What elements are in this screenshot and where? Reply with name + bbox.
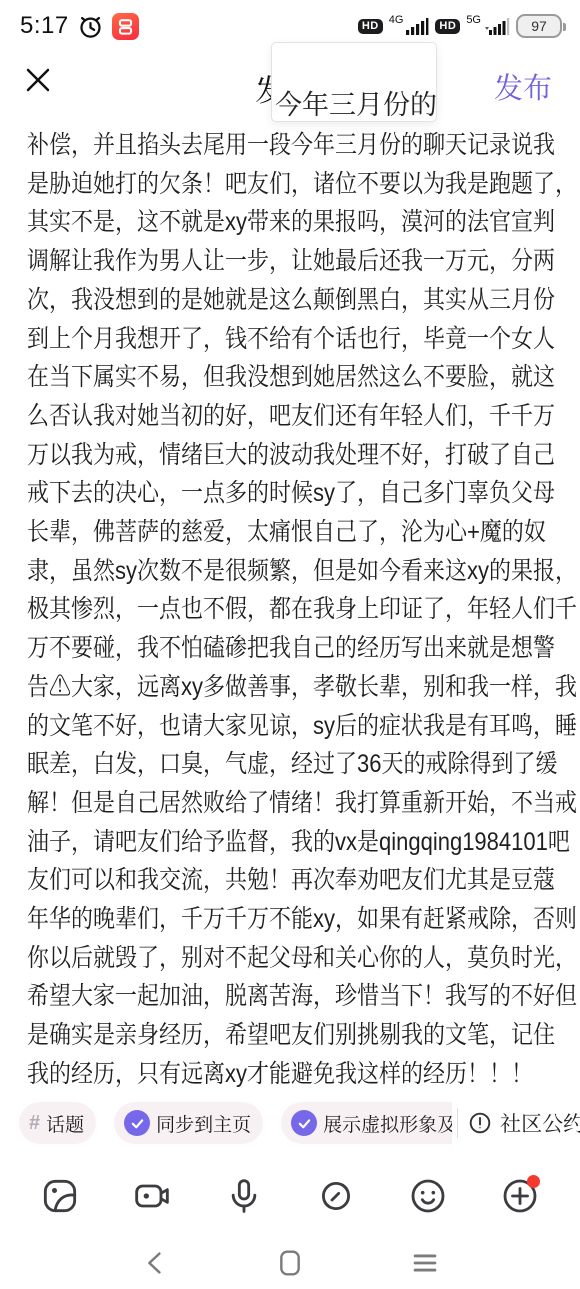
- check-icon: [124, 1110, 150, 1136]
- hash-icon: #: [29, 1112, 40, 1135]
- post-line: 戒下去的决心，一点多的时候sy了，自己多门辜负父母: [27, 474, 508, 513]
- title-overlay-box[interactable]: 今年三月份的: [271, 42, 437, 122]
- battery-percent: 97: [531, 18, 547, 34]
- publish-screen: 5:17 HD 4G: [0, 0, 580, 1289]
- video-icon: [132, 1176, 172, 1216]
- post-line: 解！但是自己居然败给了情绪！我打算重新开始，不当戒: [27, 784, 508, 823]
- close-button[interactable]: [22, 64, 54, 96]
- publish-button[interactable]: 发布: [494, 66, 552, 107]
- post-line: 补偿，并且掐头去尾用一段今年三月份的聊天记录说我: [27, 126, 508, 165]
- topic-chip[interactable]: # 话题: [19, 1102, 96, 1144]
- virtual-avatar-label: 展示虚拟形象及状: [323, 1110, 452, 1137]
- post-line: 万以我为戒，情绪巨大的波动我处理不好，打破了自己: [27, 436, 508, 475]
- mic-icon: [224, 1176, 264, 1216]
- post-line: 友们可以和我交流，共勉！再次奉劝吧友们尤其是豆蔻: [27, 861, 508, 900]
- post-line: 到上个月我想开了，钱不给有个话也行，毕竟一个女人: [27, 320, 508, 359]
- nav-home-button[interactable]: [271, 1244, 309, 1282]
- hd-badge-2: HD: [435, 19, 460, 34]
- chips-divider: [457, 1108, 458, 1138]
- post-body[interactable]: 补偿，并且掐头去尾用一段今年三月份的聊天记录说我是胁迫她打的欠条！吧友们，诸位不…: [27, 126, 574, 1094]
- check-icon: [291, 1110, 317, 1136]
- post-line: 隶，虽然sy次数不是很频繁，但是如今看来这xy的果报，: [27, 552, 508, 591]
- back-chevron-icon: [140, 1248, 170, 1278]
- post-line: 调解让我作为男人让一步，让她最后还我一万元，分两: [27, 242, 508, 281]
- emoji-button[interactable]: [406, 1174, 450, 1218]
- post-line: 你以后就毁了，别对不起父母和关心你的人，莫负时光，: [27, 939, 508, 978]
- battery-indicator: 97: [516, 14, 562, 38]
- video-button[interactable]: [130, 1174, 174, 1218]
- photo-button[interactable]: [38, 1174, 82, 1218]
- notification-app-icon: [112, 13, 139, 40]
- nav-back-button[interactable]: [136, 1244, 174, 1282]
- post-line: 极其惨烈，一点也不假，都在我身上印证了，年轻人们千: [27, 590, 508, 629]
- home-square-icon: [274, 1247, 306, 1279]
- post-line: 油子，请吧友们给予监督，我的vx是qingqing1984101吧: [27, 823, 508, 862]
- post-line: 是胁迫她打的欠条！吧友们，诸位不要以为我是跑题了，: [27, 165, 508, 204]
- post-line: 其实不是，这不就是xy带来的果报吗，漠河的法官宣判: [27, 203, 508, 242]
- net-5g-label: 5G: [466, 15, 481, 26]
- hd-badge: HD: [358, 19, 383, 34]
- virtual-avatar-chip[interactable]: 展示虚拟形象及状: [281, 1102, 452, 1144]
- net-4g-label: 4G: [389, 15, 404, 26]
- post-line: 眠差，白发，口臭，气虚，经过了36天的戒除得到了缓: [27, 745, 508, 784]
- post-line: 希望大家一起加油，脱离苦海，珍惜当下！我写的不好但: [27, 977, 508, 1016]
- clock-time: 5:17: [20, 12, 69, 40]
- post-line: 是确实是亲身经历，希望吧友们别挑剔我的文笔，记住: [27, 1016, 508, 1055]
- compose-toolbar: [0, 1166, 580, 1226]
- more-button[interactable]: [498, 1174, 542, 1218]
- post-line: 我的经历，只有远离xy才能避免我这样的经历！！！: [27, 1055, 508, 1094]
- post-line: 在当下属实不易，但我没想到她居然这么不要脸，就这: [27, 358, 508, 397]
- signal-4g: 4G: [389, 15, 430, 37]
- link-button[interactable]: [314, 1174, 358, 1218]
- status-bar: 5:17 HD 4G: [0, 0, 580, 48]
- close-icon: [23, 65, 53, 95]
- post-line: 长辈，佛菩萨的慈爱，太痛恨自己了，沦为心+魔的奴: [27, 513, 508, 552]
- post-line: 年华的晚辈们，千万千万不能xy，如果有赶紧戒除，否则: [27, 900, 508, 939]
- community-convention-link[interactable]: 社区公约: [468, 1108, 580, 1138]
- alarm-icon: [77, 13, 104, 40]
- signal-5g: 5G: [466, 15, 510, 37]
- notification-dot: [527, 1175, 540, 1188]
- nav-menu-button[interactable]: [406, 1244, 444, 1282]
- photo-icon: [40, 1176, 80, 1216]
- post-line: 告⚠大家，远离xy多做善事，孝敬长辈，别和我一样，我: [27, 668, 508, 707]
- post-line: 的文笔不好，也请大家见谅，sy后的症状我是有耳鸣，睡: [27, 707, 508, 746]
- chips-row: # 话题 同步到主页 展示虚拟形象及状 社区公约: [19, 1102, 580, 1144]
- post-line: 次，我没想到的是她就是这么颠倒黑白，其实从三月份: [27, 281, 508, 320]
- link-icon: [316, 1176, 356, 1216]
- sync-homepage-label: 同步到主页: [156, 1110, 251, 1137]
- community-convention-label: 社区公约: [500, 1108, 580, 1138]
- android-nav-bar: [0, 1236, 580, 1289]
- post-line: 么否认我对她当初的好，吧友们还有年轻人们，千千万: [27, 397, 508, 436]
- post-line: 万不要碰，我不怕磕碜把我自己的经历写出来就是想警: [27, 629, 508, 668]
- sync-homepage-chip[interactable]: 同步到主页: [114, 1102, 263, 1144]
- voice-button[interactable]: [222, 1174, 266, 1218]
- emoji-icon: [408, 1176, 448, 1216]
- menu-lines-icon: [408, 1246, 442, 1280]
- topic-chip-label: 话题: [46, 1110, 84, 1137]
- info-exclaim-icon: [468, 1111, 492, 1135]
